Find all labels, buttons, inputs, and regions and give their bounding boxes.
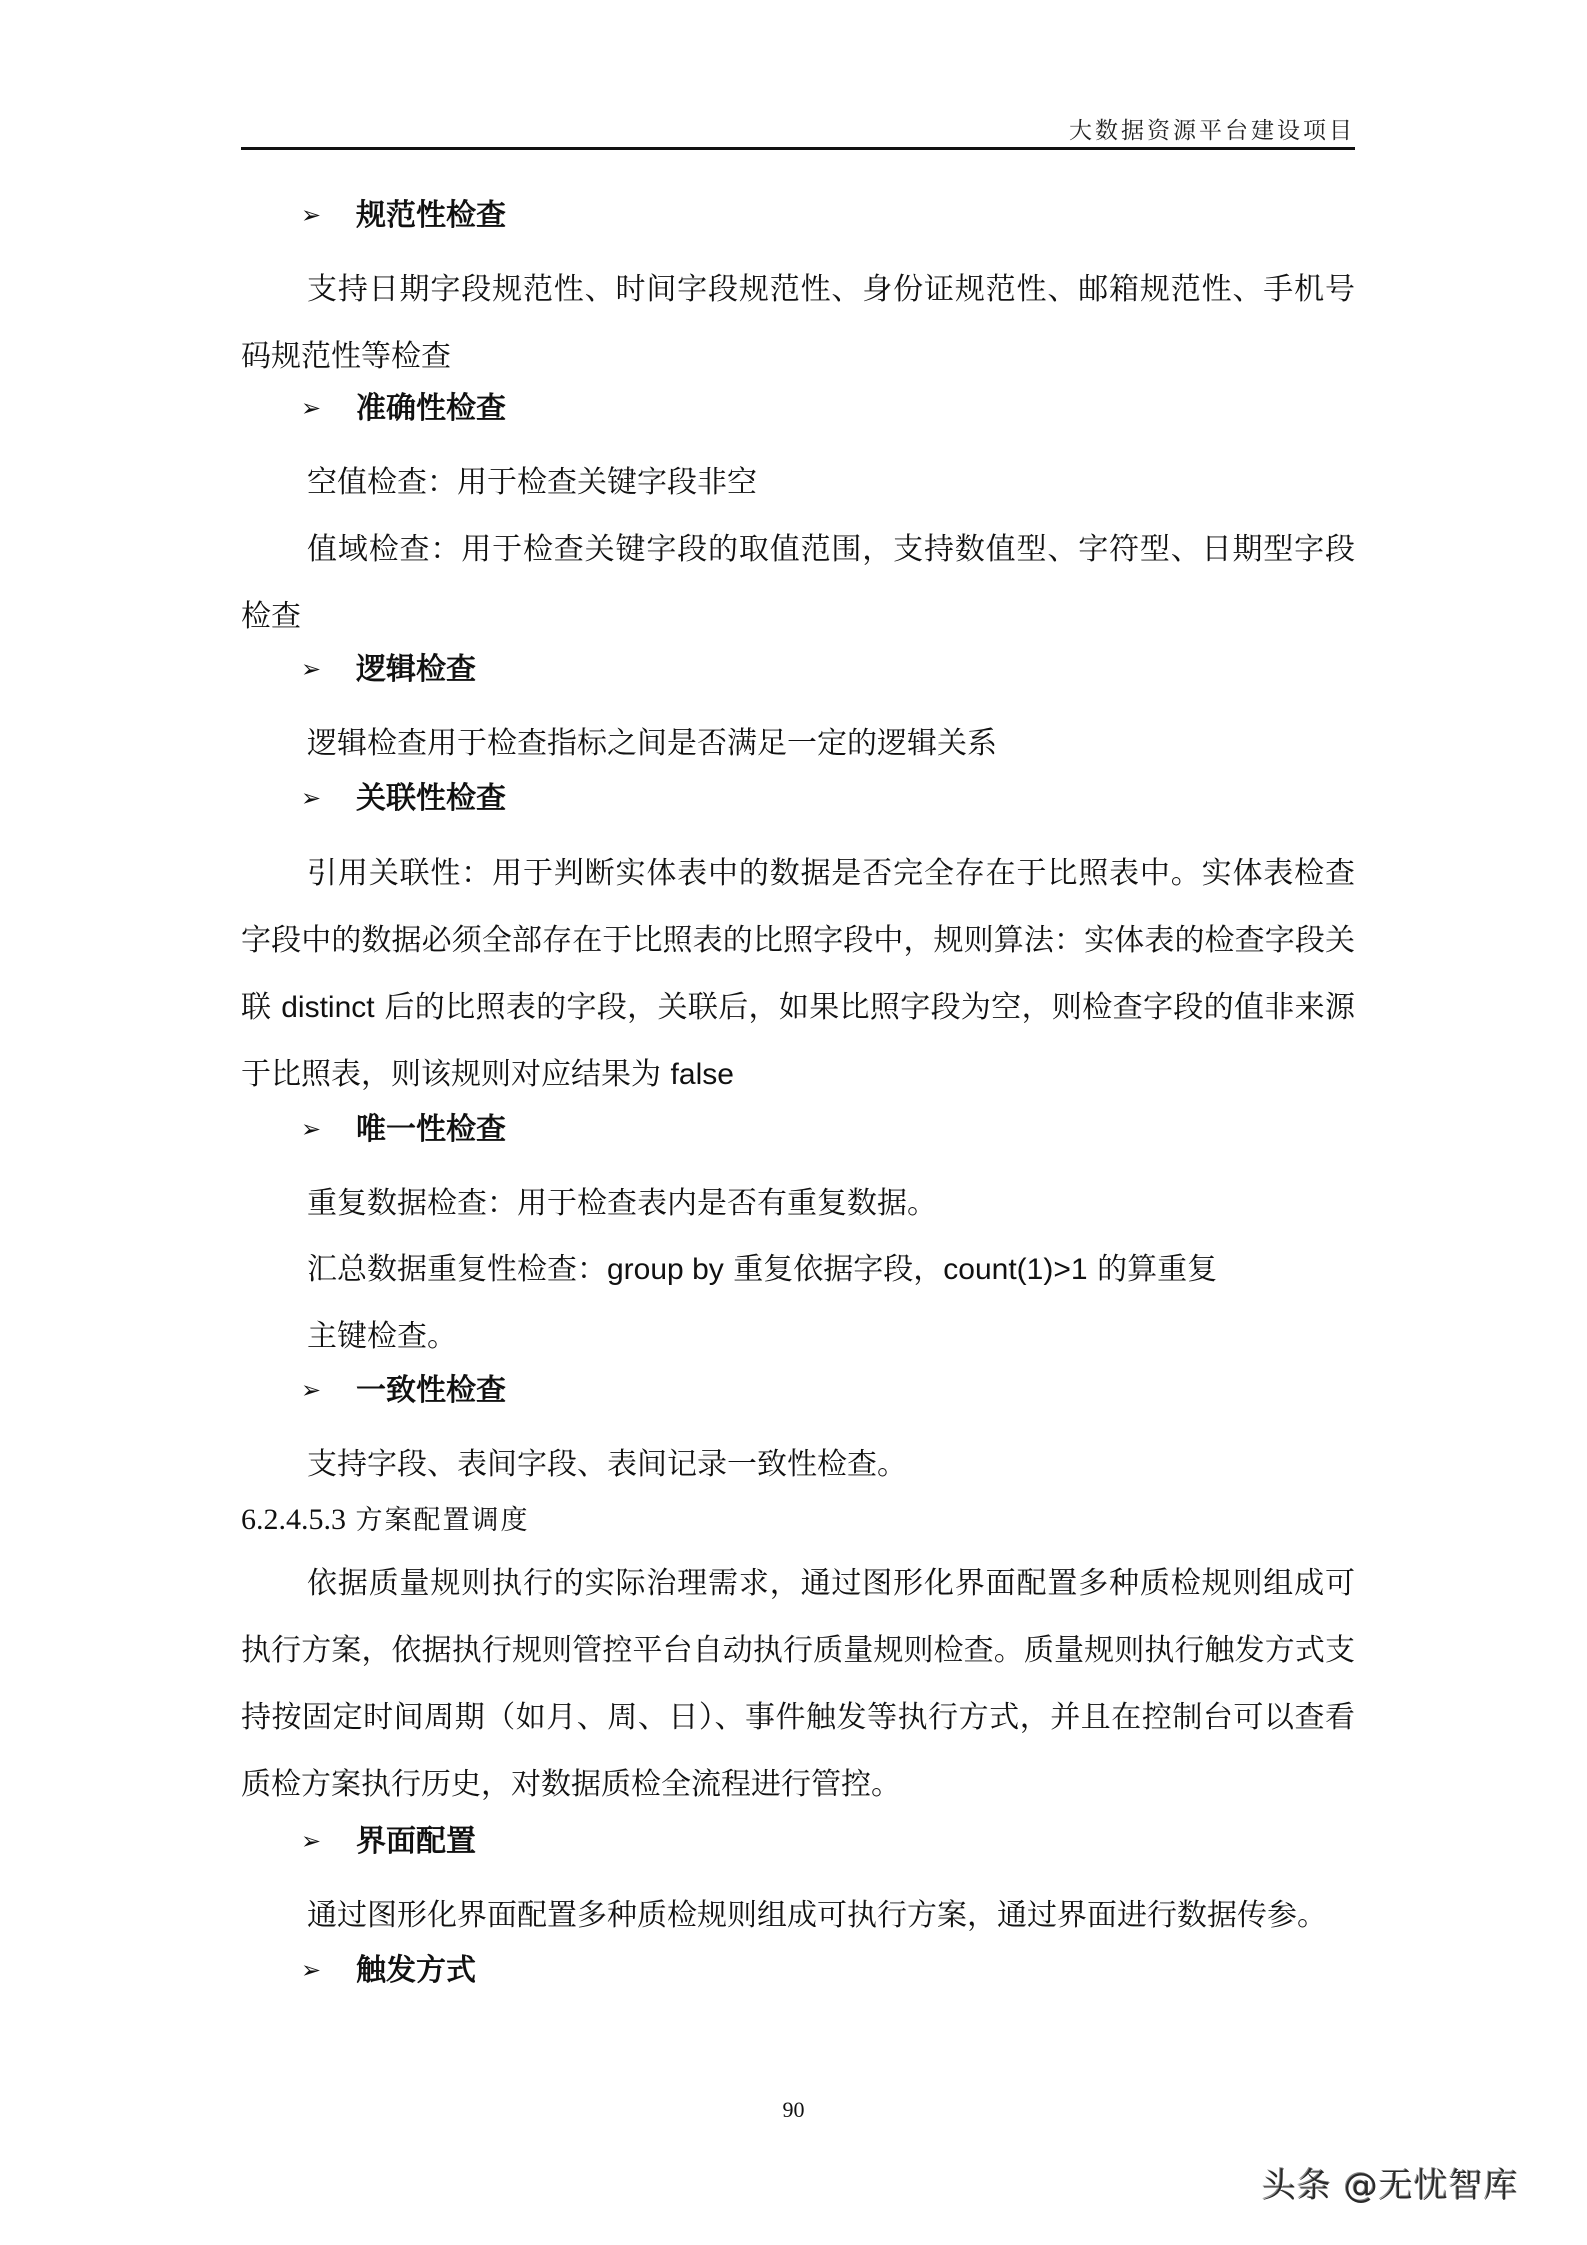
page-number: 90 bbox=[0, 2097, 1587, 2123]
code-group-by: group by bbox=[607, 1253, 724, 1286]
arrow-bullet-icon: ➢ bbox=[301, 1808, 356, 1875]
line-null-check: 空值检查：用于检查关键字段非空 bbox=[241, 449, 1421, 516]
section-title: 方案配置调度 bbox=[356, 1505, 530, 1536]
heading-logic-check: ➢逻辑检查 bbox=[241, 636, 1415, 703]
line-aggregate-duplicate: 汇总数据重复性检查：group by 重复依据字段，count(1)>1 的算重… bbox=[241, 1236, 1421, 1303]
heading-uniqueness-check: ➢唯一性检查 bbox=[241, 1096, 1415, 1163]
heading-text: 规范性检查 bbox=[356, 198, 506, 233]
heading-text: 一致性检查 bbox=[356, 1373, 506, 1408]
heading-trigger-mode: ➢触发方式 bbox=[241, 1937, 1415, 2004]
heading-text: 唯一性检查 bbox=[356, 1112, 506, 1147]
arrow-bullet-icon: ➢ bbox=[301, 636, 356, 703]
heading-ui-config: ➢界面配置 bbox=[241, 1808, 1415, 1875]
heading-text: 逻辑检查 bbox=[356, 652, 476, 687]
document-page: 大数据资源平台建设项目 ➢规范性检查 支持日期字段规范性、时间字段规范性、身份证… bbox=[0, 0, 1587, 2245]
line-duplicate-check: 重复数据检查：用于检查表内是否有重复数据。 bbox=[241, 1170, 1421, 1237]
header-rule bbox=[241, 147, 1355, 150]
arrow-bullet-icon: ➢ bbox=[301, 765, 356, 832]
running-header-title: 大数据资源平台建设项目 bbox=[1069, 112, 1355, 145]
heading-text: 触发方式 bbox=[356, 1953, 476, 1988]
paragraph-referential: 引用关联性：用于判断实体表中的数据是否完全存在于比照表中。实体表检查字段中的数据… bbox=[241, 840, 1355, 1108]
heading-text: 界面配置 bbox=[356, 1824, 476, 1859]
arrow-bullet-icon: ➢ bbox=[301, 375, 356, 442]
arrow-bullet-icon: ➢ bbox=[301, 1096, 356, 1163]
paragraph-normative: 支持日期字段规范性、时间字段规范性、身份证规范性、邮箱规范性、手机号码规范性等检… bbox=[241, 256, 1355, 390]
code-count: count(1)>1 bbox=[943, 1253, 1087, 1286]
arrow-bullet-icon: ➢ bbox=[301, 1937, 356, 2004]
heading-accuracy-check: ➢准确性检查 bbox=[241, 375, 1415, 442]
section-number: 6.2.4.5.3 bbox=[241, 1503, 346, 1536]
watermark-text: 头条 @无忧智库 bbox=[1262, 2158, 1519, 2207]
heading-normative-check: ➢规范性检查 bbox=[241, 182, 1415, 249]
paragraph-scheme-config: 依据质量规则执行的实际治理需求，通过图形化界面配置多种质检规则组成可执行方案，依… bbox=[241, 1550, 1355, 1818]
section-heading: 6.2.4.5.3 方案配置调度 bbox=[241, 1486, 1355, 1554]
heading-text: 准确性检查 bbox=[356, 391, 506, 426]
heading-consistency-check: ➢一致性检查 bbox=[241, 1357, 1415, 1424]
paragraph-range-check: 值域检查：用于检查关键字段的取值范围，支持数值型、字符型、日期型字段检查 bbox=[241, 516, 1355, 650]
code-false: false bbox=[671, 1058, 734, 1091]
arrow-bullet-icon: ➢ bbox=[301, 182, 356, 249]
heading-text: 关联性检查 bbox=[356, 781, 506, 816]
heading-relational-check: ➢关联性检查 bbox=[241, 765, 1415, 832]
arrow-bullet-icon: ➢ bbox=[301, 1357, 356, 1424]
code-distinct: distinct bbox=[281, 991, 374, 1024]
